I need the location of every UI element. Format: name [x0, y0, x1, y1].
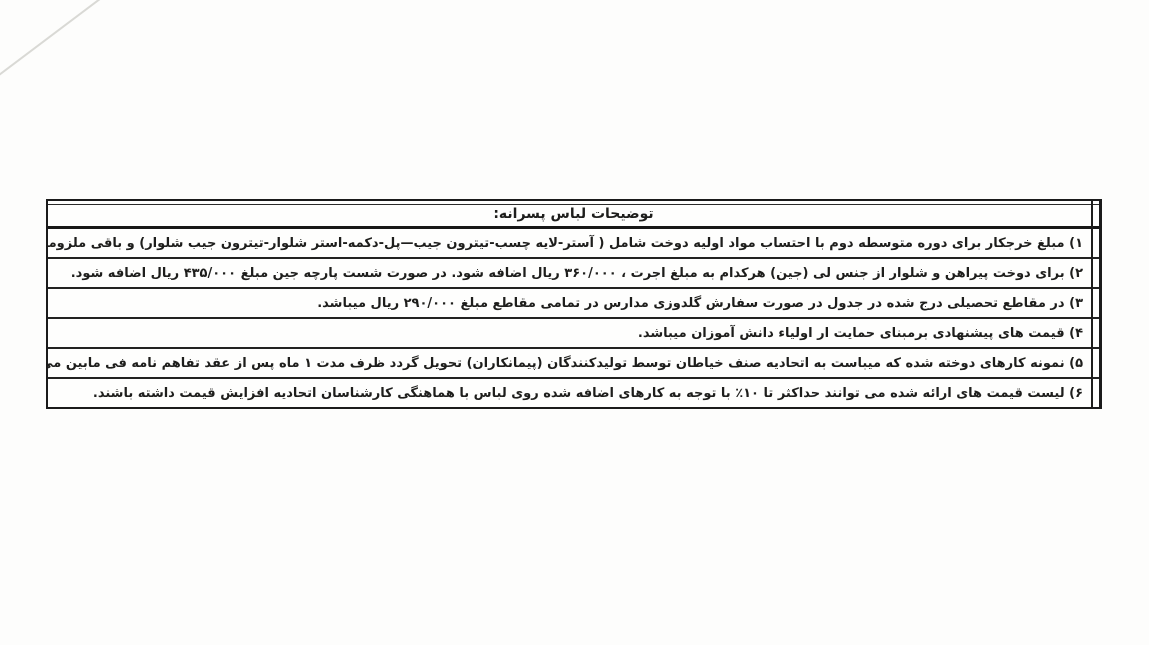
note-text-1: ۱) مبلغ خرجکار برای دوره متوسطه دوم با ا… — [48, 237, 1083, 250]
note-text-2: ۲) برای دوخت پیراهن و شلوار از جنس لی (ج… — [71, 267, 1083, 280]
table-header-row: توضیحات لباس پسرانه: — [48, 201, 1099, 229]
table-row-2: ۲) برای دوخت پیراهن و شلوار از جنس لی (ج… — [48, 259, 1099, 289]
table-top-inner-border — [48, 204, 1099, 205]
table-row-3: ۳) در مقاطع تحصیلی درج شده در جدول در صو… — [48, 289, 1099, 319]
table-row-4: ۴) قیمت های پیشنهادی برمبنای حمایت ار او… — [48, 319, 1099, 349]
table-inner-right-border — [1091, 201, 1093, 407]
note-text-6: ۶) لیست قیمت های ارائه شده می توانند حدا… — [93, 387, 1083, 400]
note-text-3: ۳) در مقاطع تحصیلی درج شده در جدول در صو… — [317, 297, 1083, 310]
scanned-document-page: توضیحات لباس پسرانه: ۱) مبلغ خرجکار برای… — [0, 0, 1149, 645]
boys-clothing-notes-table: توضیحات لباس پسرانه: ۱) مبلغ خرجکار برای… — [46, 199, 1102, 409]
table-row-5: ۵) نمونه کارهای دوخته شده که میباست به ا… — [48, 349, 1099, 379]
table-title: توضیحات لباس پسرانه: — [493, 207, 653, 221]
note-text-4: ۴) قیمت های پیشنهادی برمبنای حمایت ار او… — [638, 327, 1083, 340]
table-row-6: ۶) لیست قیمت های ارائه شده می توانند حدا… — [48, 379, 1099, 407]
scan-fold-artifact — [0, 0, 104, 78]
note-text-5: ۵) نمونه کارهای دوخته شده که میباست به ا… — [48, 357, 1083, 370]
table-row-1: ۱) مبلغ خرجکار برای دوره متوسطه دوم با ا… — [48, 229, 1099, 259]
